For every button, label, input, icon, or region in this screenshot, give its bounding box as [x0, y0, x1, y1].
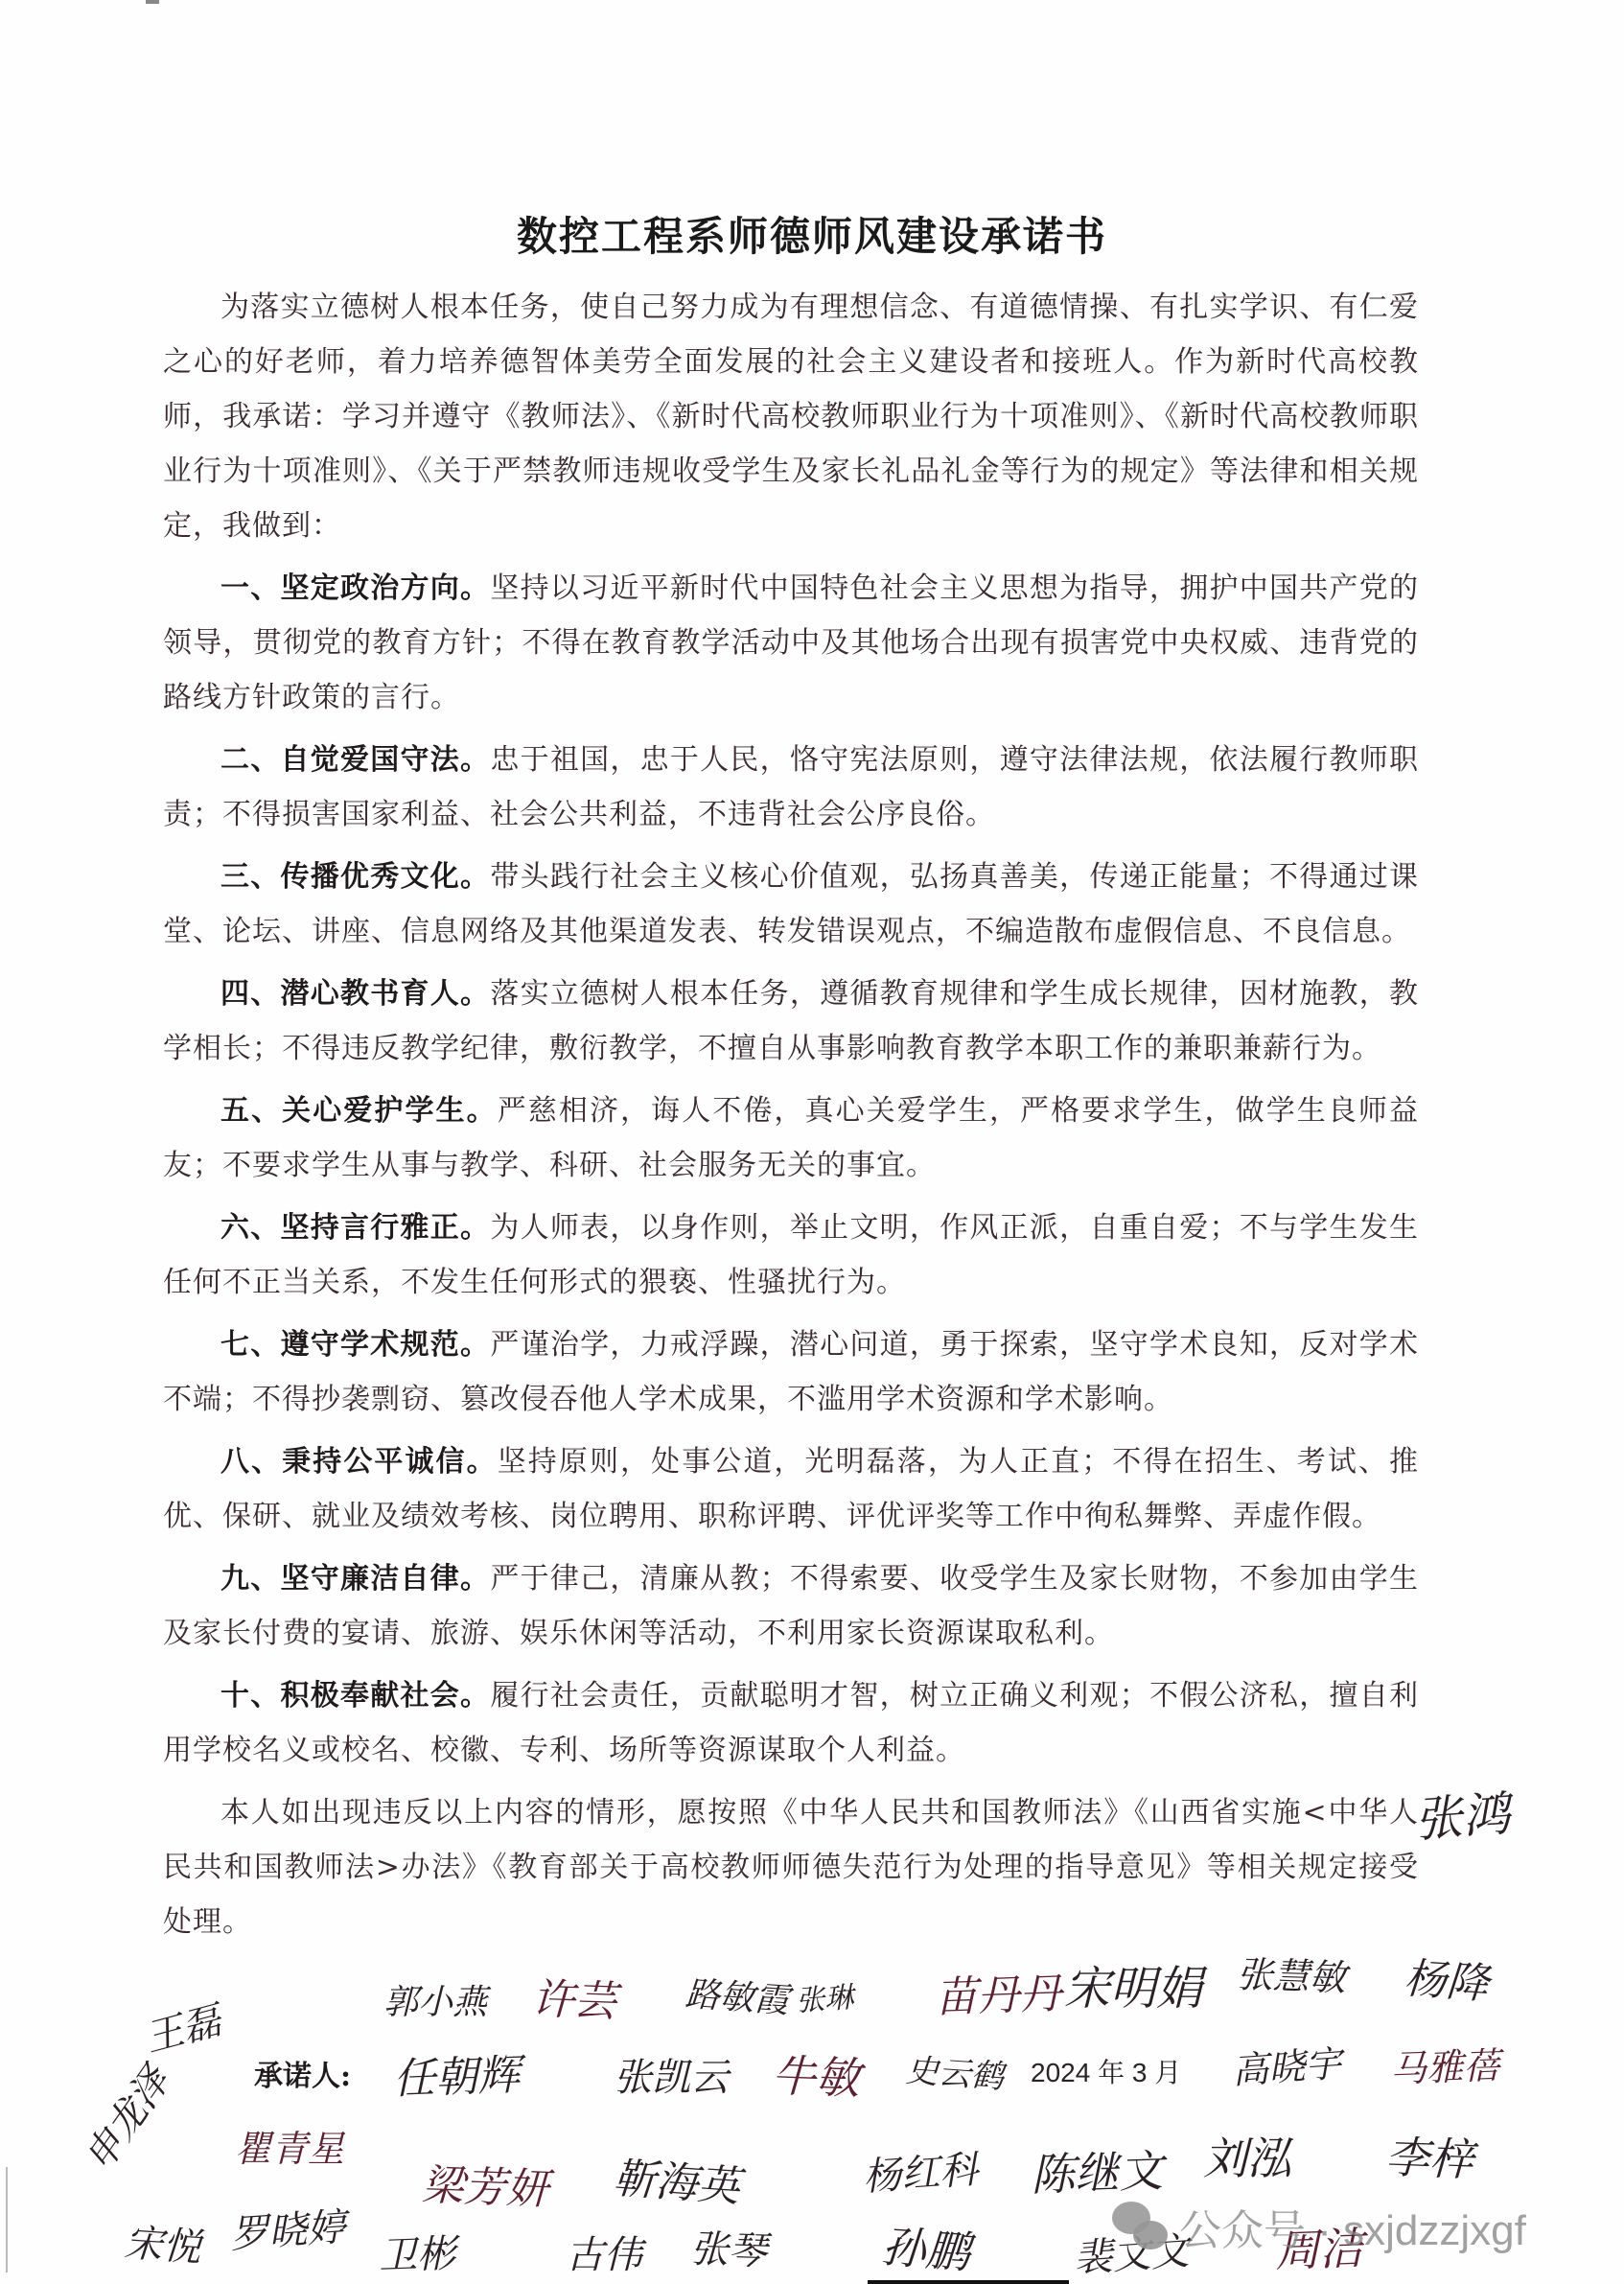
clause-heading: 八、秉持公平诚信。 — [220, 1445, 498, 1479]
handwritten-signature: 马雅蓓 — [1389, 2036, 1500, 2092]
handwritten-signature: 瞿青星 — [235, 2119, 344, 2172]
scan-bottom-bar — [868, 2280, 1069, 2284]
handwritten-signature: 张凯云 — [614, 2047, 729, 2102]
clause-text: 本人如出现违反以上内容的情形，愿按照《中华人民共和国教师法》《山西省实施<中华人… — [163, 1796, 1419, 1939]
handwritten-signature: 陈继文 — [1030, 2136, 1164, 2204]
watermark: 公众号 · sxjdzzjxgf — [1112, 2196, 1526, 2257]
handwritten-signature: 牛敏 — [771, 2040, 861, 2107]
handwritten-signature: 杨降 — [1403, 1944, 1491, 2011]
handwritten-signature: 罗晓婷 — [228, 2197, 347, 2259]
clause-heading: 七、遵守学术规范。 — [220, 1328, 490, 1362]
handwritten-signature: 孙鹏 — [880, 2212, 972, 2281]
handwritten-signature: 宋悦 — [123, 2212, 203, 2272]
signing-date: 2024 年 3 月 — [1031, 2052, 1181, 2090]
clause-heading: 四、潜心教书育人。 — [220, 977, 490, 1011]
commitment-paragraph: 三、传播优秀文化。带头践行社会主义核心价值观，弘扬真善美，传递正能量；不得通过课… — [163, 850, 1419, 959]
handwritten-signature: 任朝辉 — [392, 2040, 521, 2107]
document-body: 为落实立德树人根本任务，使自己努力成为有理想信念、有道德情操、有扎实学识、有仁爱… — [163, 280, 1419, 1957]
handwritten-signature: 刘泓 — [1203, 2124, 1291, 2187]
document-title: 数控工程系师德师风建设承诺书 — [0, 205, 1624, 263]
handwritten-signature: 宋明娟 — [1064, 1951, 1202, 2017]
clause-text: 为落实立德树人根本任务，使自己努力成为有理想信念、有道德情操、有扎实学识、有仁爱… — [163, 291, 1419, 543]
handwritten-signature: 李梓 — [1384, 2122, 1474, 2188]
clause-heading: 一、坚定政治方向。 — [220, 571, 490, 605]
handwritten-signature: 申龙泽 — [69, 2055, 180, 2180]
handwritten-signature: 路敏霞 — [684, 1967, 790, 2022]
commitment-paragraph: 十、积极奉献社会。履行社会责任，贡献聪明才智，树立正确义利观；不假公济私，擅自利… — [163, 1668, 1419, 1778]
handwritten-signature: 苗丹丹 — [934, 1959, 1062, 2025]
handwritten-signature: 古伟 — [566, 2225, 642, 2279]
commitment-paragraph: 二、自觉爱国守法。忠于祖国，忠于人民，恪守宪法原则，遵守法律法规，依法履行教师职… — [163, 733, 1419, 842]
commitment-paragraph: 四、潜心教书育人。落实立德树人根本任务，遵循教育规律和学生成长规律，因材施教，教… — [163, 967, 1419, 1076]
commitment-paragraph: 六、坚持言行雅正。为人师表，以身作则，举止文明，作风正派，自重自爱；不与学生发生… — [163, 1200, 1419, 1310]
clause-heading: 九、坚守廉洁自律。 — [220, 1562, 490, 1596]
commitment-paragraph: 本人如出现违反以上内容的情形，愿按照《中华人民共和国教师法》《山西省实施<中华人… — [163, 1785, 1419, 1949]
commitment-paragraph: 一、坚定政治方向。坚持以习近平新时代中国特色社会主义思想为指导，拥护中国共产党的… — [163, 561, 1419, 725]
clause-heading: 二、自觉爱国守法。 — [220, 743, 490, 777]
handwritten-signature: 杨红科 — [861, 2139, 980, 2202]
commitment-paragraph: 九、坚守廉洁自律。严于律己，清廉从教；不得索要、收受学生及家长财物，不参加由学生… — [163, 1551, 1419, 1661]
commitment-paragraph: 七、遵守学术规范。严谨治学，力戒浮躁，潜心问道，勇于探索，坚守学术良知，反对学术… — [163, 1317, 1419, 1427]
handwritten-signature: 梁芳妍 — [421, 2151, 549, 2217]
document-page: 数控工程系师德师风建设承诺书 为落实立德树人根本任务，使自己努力成为有理想信念、… — [0, 0, 1624, 2284]
handwritten-signature: 张鸿 — [1412, 1776, 1513, 1852]
clause-heading: 十、积极奉献社会。 — [220, 1679, 490, 1713]
scan-artifact — [146, 0, 159, 4]
commitment-paragraph: 为落实立德树人根本任务，使自己努力成为有理想信念、有道德情操、有扎实学识、有仁爱… — [163, 280, 1419, 553]
handwritten-signature: 靳海英 — [612, 2143, 742, 2213]
handwritten-signature: 高晓宇 — [1230, 2034, 1343, 2094]
handwritten-signature: 史云鹤 — [904, 2044, 1005, 2098]
commitment-paragraph: 八、秉持公平诚信。坚持原则，处事公道，光明磊落，为人正直；不得在招生、考试、推优… — [163, 1434, 1419, 1544]
clause-heading: 六、坚持言行雅正。 — [220, 1211, 490, 1245]
handwritten-signature: 张琴 — [689, 2219, 768, 2276]
handwritten-signature: 郭小燕 — [383, 1975, 487, 2024]
handwritten-signature: 张慧敏 — [1236, 1945, 1347, 2001]
handwritten-signature: 王磊 — [138, 1991, 226, 2063]
watermark-text: 公众号 · sxjdzzjxgf — [1179, 2196, 1526, 2257]
handwritten-signature: 卫彬 — [378, 2224, 456, 2281]
committer-label: 承诺人: — [254, 2052, 351, 2094]
clause-heading: 三、传播优秀文化。 — [220, 860, 490, 894]
scan-edge-line — [6, 2167, 8, 2272]
wechat-icon — [1112, 2202, 1170, 2251]
commitment-paragraph: 五、关心爱护学生。严慈相济，诲人不倦，真心关爱学生，严格要求学生，做学生良师益友… — [163, 1084, 1419, 1193]
clause-heading: 五、关心爱护学生。 — [220, 1094, 498, 1128]
handwritten-signature: 许芸 — [531, 1964, 617, 2028]
handwritten-signature: 张琳 — [795, 1973, 855, 2019]
